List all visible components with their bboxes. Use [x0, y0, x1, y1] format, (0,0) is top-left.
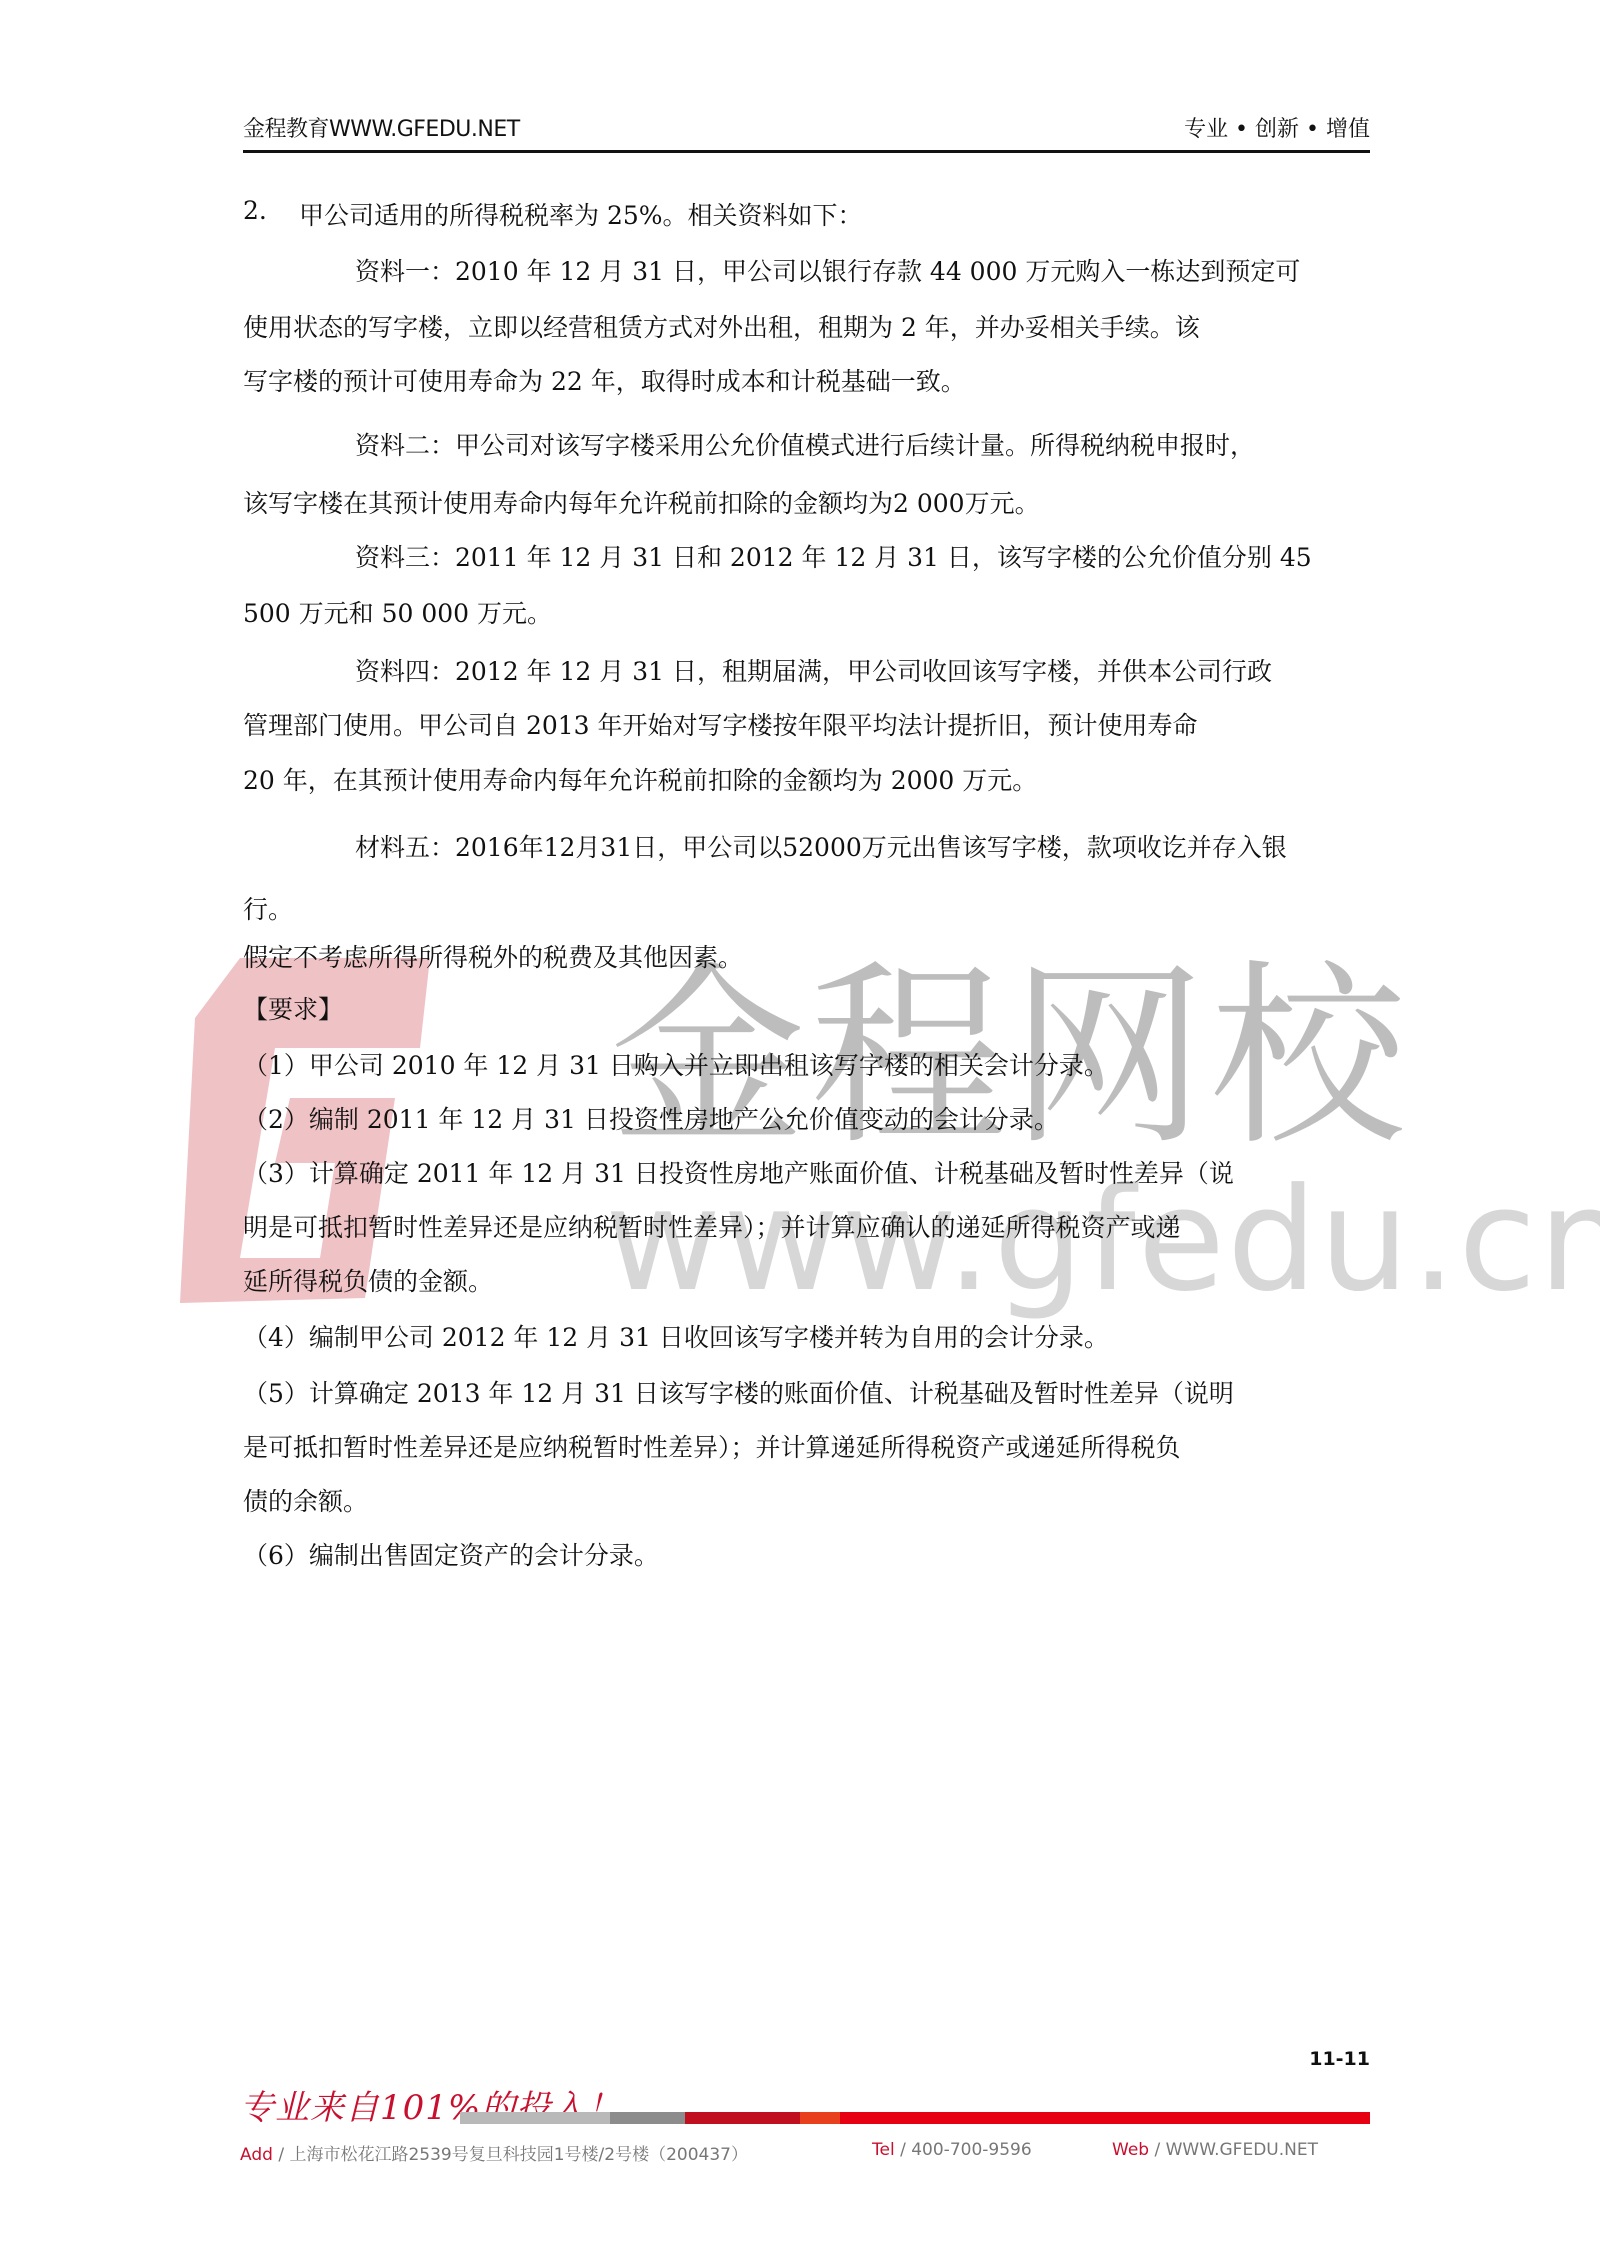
requirement-3-line-2: 明是可抵扣暂时性差异还是应纳税暂时性差异）；并计算应确认的递延所得税资产或递: [243, 1208, 1181, 1244]
requirement-2: （2）编制 2011 年 12 月 31 日投资性房地产公允价值变动的会计分录。: [243, 1100, 1059, 1136]
requirement-5-line-3: 债的余额。: [243, 1482, 368, 1518]
question-number: 2.: [243, 196, 267, 225]
material-4-line-3: 20 年，在其预计使用寿命内每年允许税前扣除的金额均为 2000 万元。: [243, 761, 1037, 797]
page-number: 11-11: [1309, 2048, 1370, 2070]
question-intro: 甲公司适用的所得税税率为 25%。相关资料如下：: [299, 196, 863, 232]
material-4-line-1: 资料四：2012 年 12 月 31 日，租期届满，甲公司收回该写字楼，并供本公…: [355, 652, 1272, 688]
material-5-line-2: 行。: [243, 890, 293, 926]
material-1-line-1: 资料一：2010 年 12 月 31 日，甲公司以银行存款 44 000 万元购…: [355, 252, 1300, 288]
material-1-line-2: 使用状态的写字楼，立即以经营租赁方式对外出租，租期为 2 年，并办妥相关手续。该: [243, 308, 1200, 344]
requirement-3-line-3: 延所得税负债的金额。: [243, 1262, 493, 1298]
requirement-1: （1）甲公司 2010 年 12 月 31 日购入并立即出租该写字楼的相关会计分…: [243, 1046, 1109, 1082]
material-5-line-1: 材料五：2016年12月31日，甲公司以52000万元出售该写字楼，款项收讫并存…: [355, 828, 1287, 864]
assumption-text: 假定不考虑所得所得税外的税费及其他因素。: [243, 938, 743, 974]
requirement-5-line-1: （5）计算确定 2013 年 12 月 31 日该写字楼的账面价值、计税基础及暂…: [243, 1374, 1234, 1410]
footer-address: Add / 上海市松花江路2539号复旦科技园1号楼/2号楼（200437）: [240, 2140, 748, 2165]
bar-segment-dark-red: [685, 2112, 800, 2124]
requirements-title: 【要求】: [243, 990, 343, 1026]
bar-segment-gray: [460, 2112, 610, 2124]
bar-segment-dark-gray: [610, 2112, 685, 2124]
bar-segment-red: [840, 2112, 1370, 2124]
requirement-4: （4）编制甲公司 2012 年 12 月 31 日收回该写字楼并转为自用的会计分…: [243, 1318, 1109, 1354]
footer-web[interactable]: Web / WWW.GFEDU.NET: [1112, 2140, 1318, 2160]
header-site-name: 金程教育WWW.GFEDU.NET: [243, 112, 520, 143]
requirement-5-line-2: 是可抵扣暂时性差异还是应纳税暂时性差异）；并计算递延所得税资产或递延所得税负: [243, 1428, 1181, 1464]
footer-color-bar: [460, 2112, 1370, 2124]
header-tagline: 专业 • 创新 • 增值: [1184, 112, 1370, 143]
bar-segment-orange: [800, 2112, 840, 2124]
material-2-line-2: 该写字楼在其预计使用寿命内每年允许税前扣除的金额均为2 000万元。: [243, 484, 1040, 520]
material-2-line-1: 资料二：甲公司对该写字楼采用公允价值模式进行后续计量。所得税纳税申报时，: [355, 426, 1255, 462]
material-3-line-1: 资料三：2011 年 12 月 31 日和 2012 年 12 月 31 日，该…: [355, 538, 1312, 574]
header-divider: [243, 150, 1370, 153]
requirement-3-line-1: （3）计算确定 2011 年 12 月 31 日投资性房地产账面价值、计税基础及…: [243, 1154, 1234, 1190]
material-3-line-2: 500 万元和 50 000 万元。: [243, 594, 552, 630]
page-header: 金程教育WWW.GFEDU.NET 专业 • 创新 • 增值: [243, 112, 1370, 152]
material-1-line-3: 写字楼的预计可使用寿命为 22 年，取得时成本和计税基础一致。: [243, 362, 966, 398]
material-4-line-2: 管理部门使用。甲公司自 2013 年开始对写字楼按年限平均法计提折旧，预计使用寿…: [243, 706, 1198, 742]
requirement-6: （6）编制出售固定资产的会计分录。: [243, 1536, 659, 1572]
footer-tel: Tel / 400-700-9596: [872, 2140, 1032, 2160]
